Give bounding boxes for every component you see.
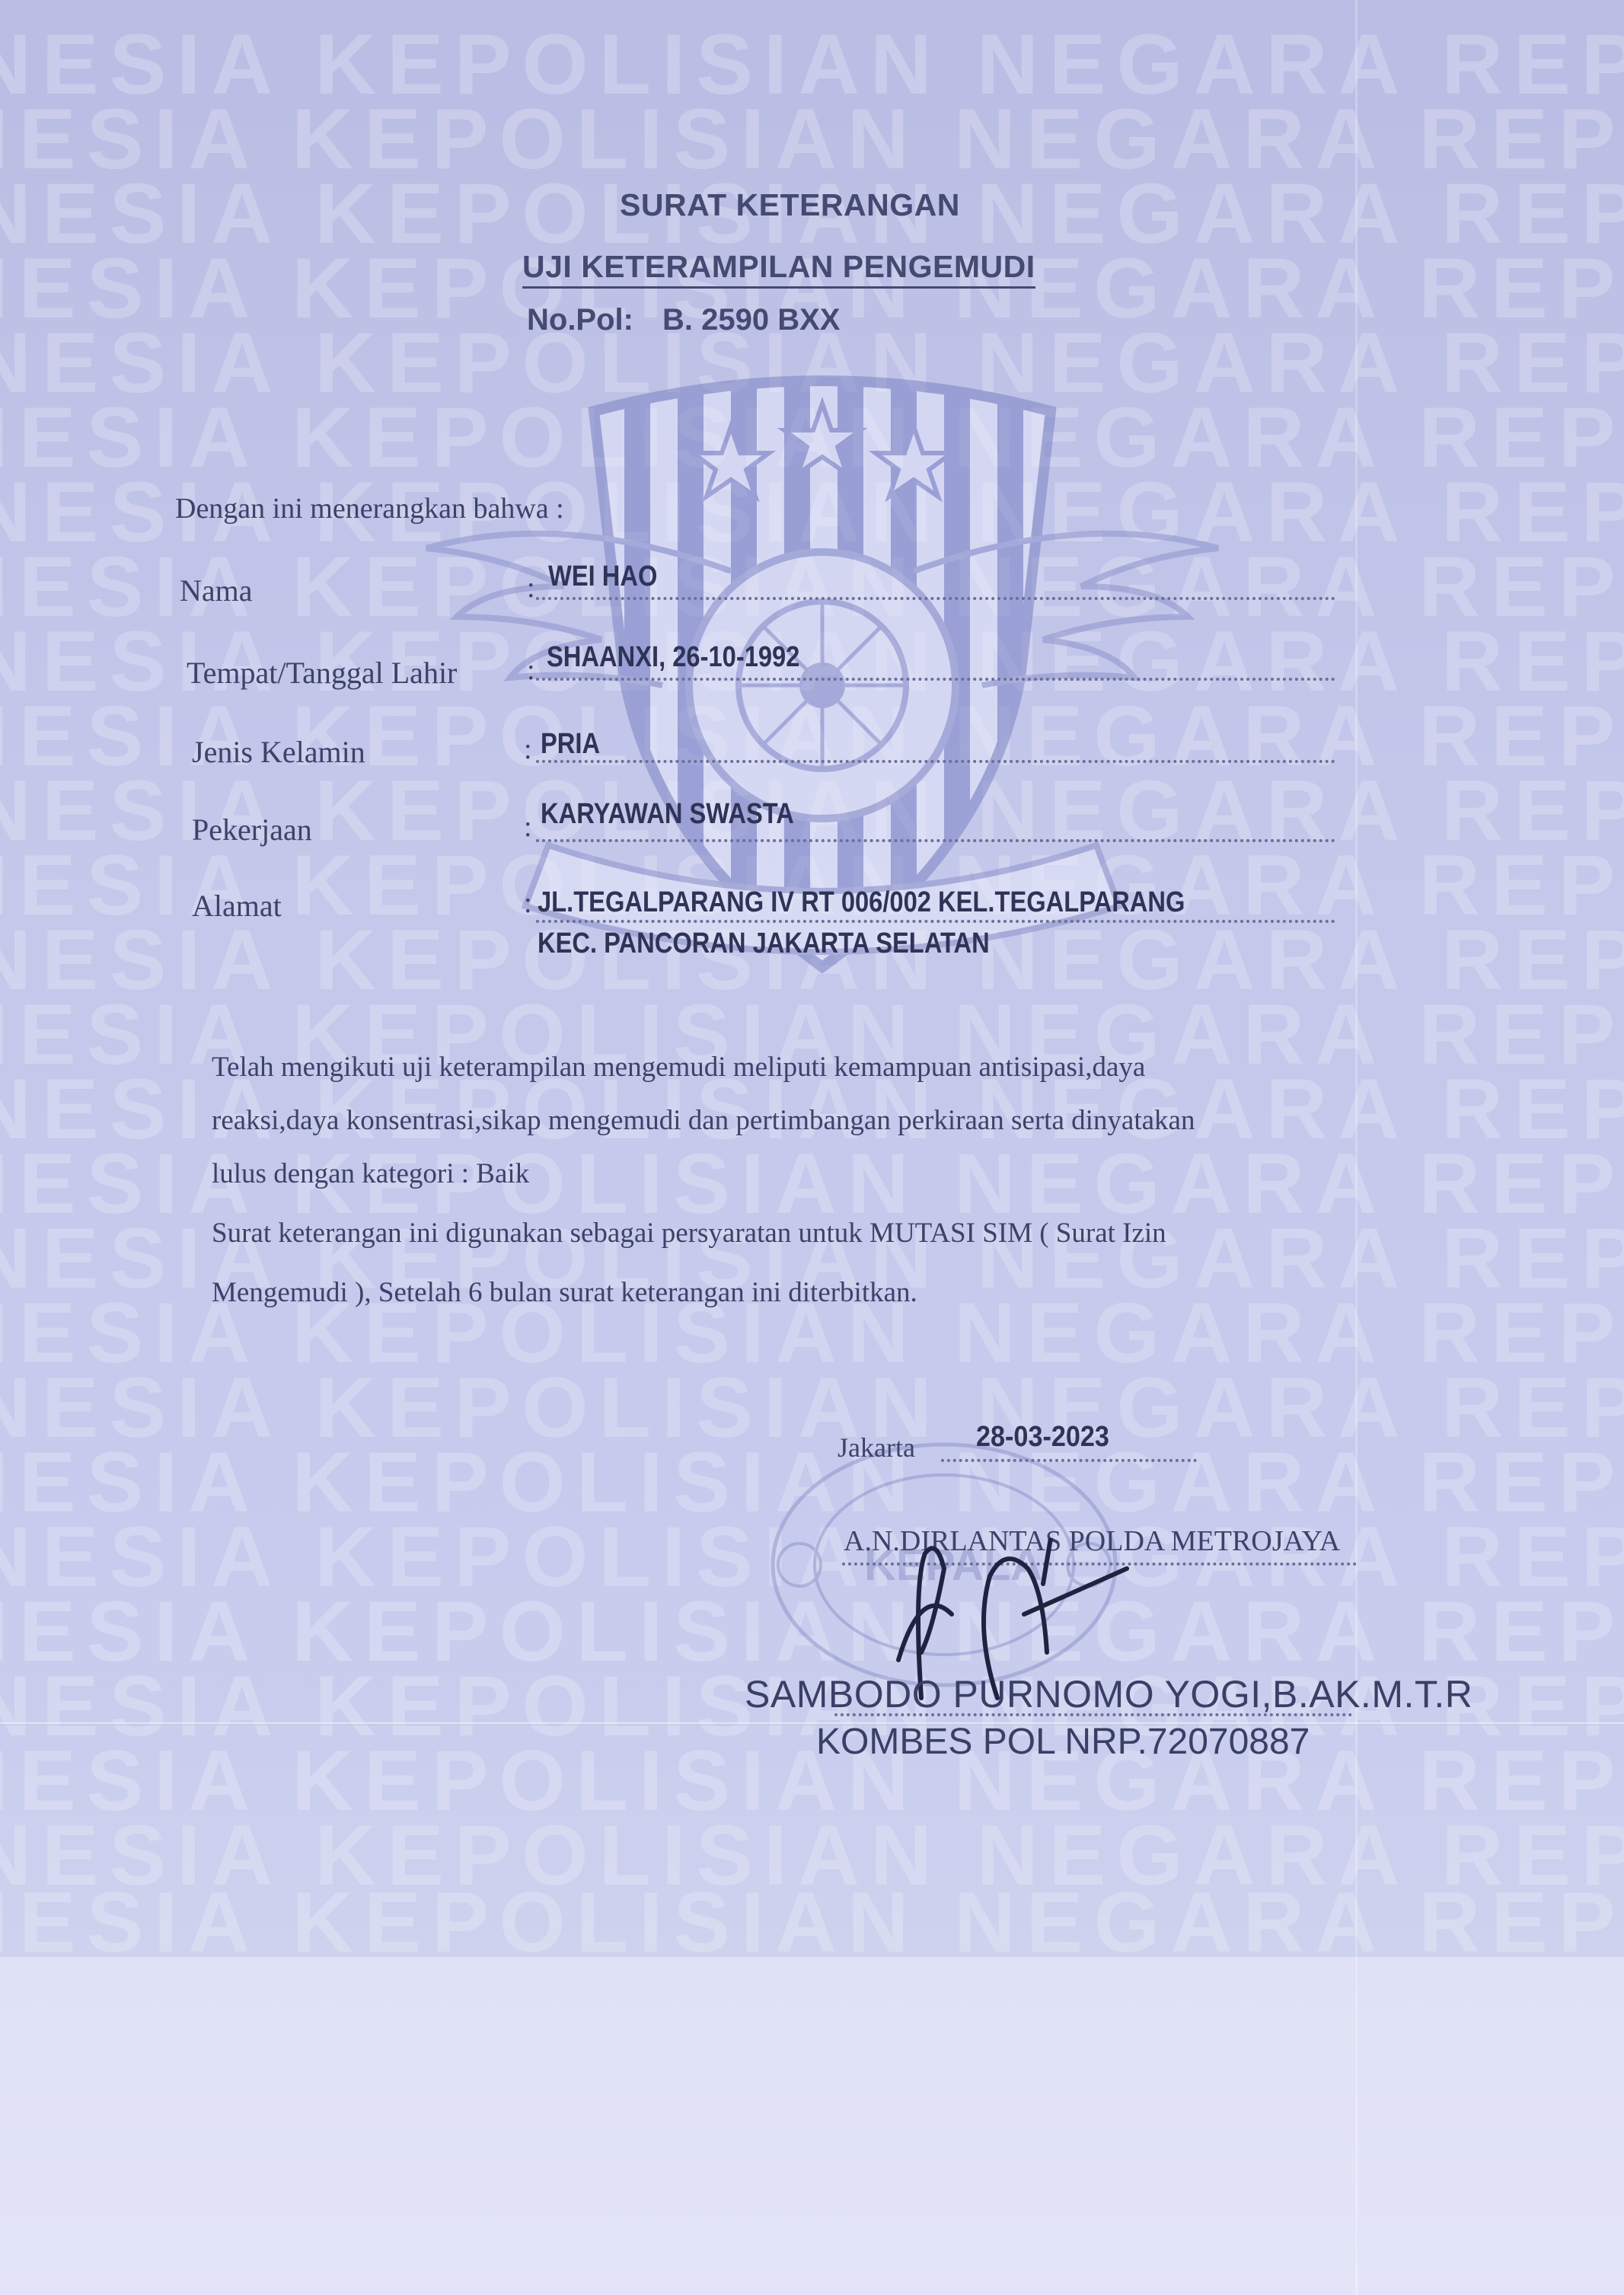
field-value-gender: PRIA — [541, 728, 600, 761]
document-title: SURAT KETERANGAN — [620, 187, 960, 223]
field-dotted-line — [536, 839, 1335, 842]
field-colon: : — [527, 571, 535, 605]
field-value-birth: SHAANXI, 26-10-1992 — [547, 641, 799, 674]
field-value-name: WEI HAO — [548, 560, 657, 593]
field-colon: : — [527, 653, 535, 687]
field-dotted-line — [536, 760, 1335, 763]
paper-fold-vertical — [1355, 0, 1358, 2295]
body-line: Surat keterangan ini digunakan sebagai p… — [212, 1217, 1166, 1250]
field-dotted-line — [536, 920, 1335, 923]
date-dotted-line — [941, 1459, 1197, 1462]
field-colon: : — [524, 733, 532, 766]
field-label-name: Nama — [180, 573, 253, 608]
plate-label: No.Pol: — [527, 303, 633, 337]
body-line: reaksi,daya konsentrasi,sikap mengemudi … — [212, 1104, 1195, 1137]
field-colon: : — [524, 810, 532, 844]
body-line: Mengemudi ), Setelah 6 bulan surat keter… — [212, 1276, 917, 1309]
field-value-address-line1: JL.TEGALPARANG IV RT 006/002 KEL.TEGALPA… — [538, 886, 1185, 919]
field-colon: : — [524, 886, 532, 920]
body-line: Telah mengikuti uji keterampilan mengemu… — [212, 1051, 1145, 1084]
field-dotted-line — [536, 597, 1335, 600]
field-label-birth: Tempat/Tanggal Lahir — [187, 655, 457, 691]
field-value-address-line2: KEC. PANCORAN JAKARTA SELATAN — [538, 927, 990, 960]
name-dotted-line — [834, 1713, 1352, 1716]
signature-place: Jakarta — [838, 1432, 915, 1464]
signature-date: 28-03-2023 — [976, 1421, 1109, 1454]
field-label-gender: Jenis Kelamin — [192, 734, 365, 770]
plate-value: B. 2590 BXX — [662, 303, 840, 337]
field-value-occupation: KARYAWAN SWASTA — [541, 798, 794, 831]
place-text: Jakarta — [838, 1432, 915, 1463]
vehicle-plate-number: No.Pol:B. 2590 BXX — [527, 303, 840, 337]
signatory-name: SAMBODO PURNOMO YOGI,B.AK.M.T.R — [745, 1672, 1472, 1716]
body-line: lulus dengan kategori : Baik — [212, 1157, 529, 1190]
paper-blank-area — [0, 1957, 1624, 2295]
intro-text: Dengan ini menerangkan bahwa : — [175, 492, 564, 525]
document-subtitle: UJI KETERAMPILAN PENGEMUDI — [522, 249, 1035, 289]
field-label-occupation: Pekerjaan — [192, 812, 312, 847]
field-label-address: Alamat — [192, 888, 282, 924]
field-dotted-line — [536, 678, 1335, 681]
signatory-rank: KOMBES POL NRP.72070887 — [816, 1721, 1310, 1763]
paper-fold — [0, 1722, 1624, 1725]
